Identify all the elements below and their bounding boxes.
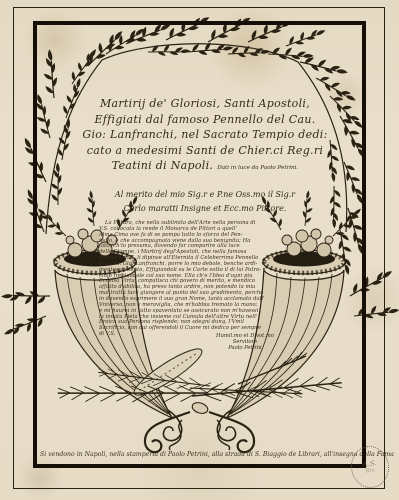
dedication-block: Al merito del mio Sig.r e P.ne Oss.mo il…	[70, 188, 340, 215]
engraving-page: { "document": { "title_lines": [ "Martir…	[0, 0, 399, 500]
stamp-subtext: Riv.	[365, 467, 376, 474]
signature-line: Paolo Petrini	[195, 345, 295, 351]
text-layer: Martirij de' Gloriosi, Santi Apostoli, E…	[0, 0, 399, 500]
dedication-line: Carlo maratti Insigne et Ecc.mo Pittore.	[70, 202, 340, 216]
title-line: Martirij de' Gloriosi, Santi Apostoli,	[70, 96, 340, 112]
signature-block: Humil.mo et Divot.mo Servitore Paolo Pet…	[195, 333, 295, 352]
dedication-letter: La Pittura, che nella sublimita dell'Art…	[99, 221, 317, 338]
title-block: Martirij de' Gloriosi, Santi Apostoli, E…	[70, 96, 340, 177]
title-line: cato a medesimi Santi de Chier.ci Reg.ri	[70, 143, 340, 159]
publisher-note: Dati in luce da Paolo Petrini.	[217, 165, 298, 171]
title-place: Teatini di Napoli.	[112, 159, 213, 172]
title-line: Gio: Lanfranchi, nel Sacrato Tempio dedi…	[70, 127, 340, 143]
imprint-line: Si vendono in Napoli, nella stamperia di…	[40, 451, 360, 458]
dedication-line: Al merito del mio Sig.r e P.ne Oss.mo il…	[70, 188, 340, 202]
title-line-last: Teatini di Napoli.Dati in luce da Paolo …	[70, 158, 340, 177]
title-line: Effigiati dal famoso Pennello del Cau.	[70, 112, 340, 128]
